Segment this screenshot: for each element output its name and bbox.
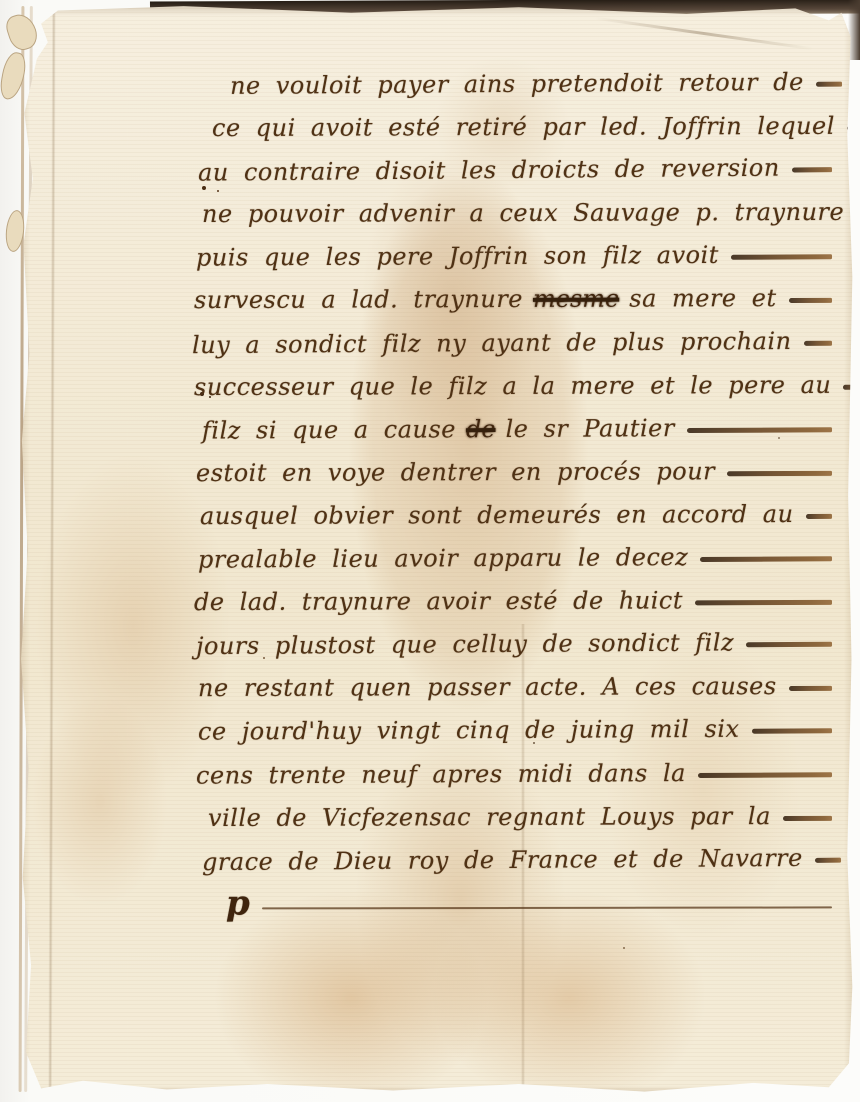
struck-through-word: mesme (533, 285, 619, 313)
corner-fold-crease (595, 17, 813, 51)
line-filler-stroke (698, 772, 832, 778)
line-filler-stroke (806, 514, 832, 519)
manuscript-line: p (176, 880, 834, 924)
handwritten-text: de lad. traynure avoir esté de huict (194, 586, 683, 616)
left-fold-crease (48, 4, 56, 1096)
line-filler-stroke (700, 556, 832, 562)
handwritten-text: luy a sondict filz ny ayant de plus proc… (192, 326, 792, 358)
manuscript-line: ville de Vicfezensac regnant Louys par l… (176, 793, 834, 838)
manuscript-line: ce jourd'huy vingt cinq de juing mil six (176, 707, 834, 754)
manuscript-line: ausquel obvier sont demeurés en accord a… (176, 492, 834, 537)
manuscript-line: ne vouloit payer ains pretendoit retour … (176, 60, 834, 108)
line-filler-stroke (789, 298, 832, 303)
manuscript-text-block: ne vouloit payer ains pretendoit retour … (176, 62, 834, 924)
manuscript-line: jours plustost que celluy de sondict fil… (176, 620, 834, 668)
line-filler-stroke (262, 906, 832, 909)
manuscript-line: cens trente neuf apres midi dans la (176, 750, 834, 797)
handwritten-text: ville de Vicfezensac regnant Louys par l… (208, 801, 771, 831)
line-filler-stroke (687, 427, 832, 433)
manuscript-line: au contraire disoit les droicts de rever… (176, 145, 834, 194)
manuscript-line: estoit en voye dentrer en procés pour (176, 449, 834, 494)
handwritten-text: prealable lieu avoir apparu le decez (198, 543, 688, 574)
manuscript-line: grace de Dieu roy de France et de Navarr… (176, 835, 834, 883)
handwritten-text: filz si que a cause (202, 415, 456, 444)
manuscript-line: ce qui avoit esté retiré par led. Joffri… (176, 104, 834, 149)
handwritten-text: cens trente neuf apres midi dans la (196, 758, 686, 789)
line-filler-stroke (752, 729, 832, 734)
line-filler-stroke (856, 212, 860, 217)
manuscript-paper: ne vouloit payer ains pretendoit retour … (16, 4, 854, 1096)
handwritten-text: ce qui avoit esté retiré par led. Joffri… (212, 111, 835, 141)
handwritten-text: grace de Dieu roy de France et de Navarr… (202, 843, 803, 875)
manuscript-line: de lad. traynure avoir esté de huict (176, 578, 834, 623)
handwritten-text: estoit en voye dentrer en procés pour (196, 457, 715, 487)
line-filler-stroke (727, 471, 832, 476)
handwritten-text: le sr Pautier (505, 413, 674, 442)
scanned-manuscript-page: ne vouloit payer ains pretendoit retour … (0, 0, 860, 1102)
line-filler-stroke (746, 642, 832, 648)
line-filler-stroke (792, 167, 832, 172)
line-filler-stroke (804, 340, 832, 345)
handwritten-text: ne vouloit payer ains pretendoit retour … (230, 67, 804, 99)
handwritten-text: ne restant quen passer acte. A ces cause… (198, 672, 777, 702)
handwritten-text: au contraire disoit les droicts de rever… (198, 153, 780, 186)
line-filler-stroke (843, 384, 860, 389)
manuscript-line: puis que les pere Joffrin son filz avoit (176, 233, 834, 280)
line-filler-stroke (731, 255, 832, 261)
struck-through-word: de (466, 414, 496, 442)
handwritten-text: puis que les pere Joffrin son filz avoit (196, 241, 719, 272)
under-leaf-edge (19, 6, 25, 1092)
line-filler-stroke (816, 82, 842, 87)
manuscript-line: ne restant quen passer acte. A ces cause… (176, 664, 834, 709)
handwritten-text: ce jourd'huy vingt cinq de juing mil six (198, 715, 740, 746)
handwritten-text: ausquel obvier sont demeurés en accord a… (200, 499, 794, 529)
manuscript-line: luy a sondict filz ny ayant de plus proc… (176, 318, 834, 366)
handwritten-text: sa mere et (629, 284, 776, 313)
line-filler-stroke (789, 686, 832, 691)
manuscript-line: ne pouvoir advenir a ceux Sauvage p. tra… (176, 190, 834, 235)
line-filler-stroke (783, 815, 832, 820)
handwritten-text: ne pouvoir advenir a ceux Sauvage p. tra… (202, 198, 844, 228)
manuscript-line: successeur que le filz a la mere et le p… (176, 363, 834, 408)
handwritten-text: successeur que le filz a la mere et le p… (194, 370, 831, 400)
manuscript-line: survescu a lad. traynuremesmesa mere et (176, 276, 834, 321)
handwritten-text: jours plustost que celluy de sondict fil… (196, 628, 734, 660)
line-filler-stroke (847, 126, 860, 131)
line-filler-stroke (815, 857, 841, 862)
manuscript-line: filz si que a causedele sr Pautier (176, 405, 834, 452)
line-filler-stroke (695, 600, 832, 605)
manuscript-line: prealable lieu avoir apparu le decez (176, 534, 834, 581)
handwritten-text: survescu a lad. traynure (194, 285, 523, 314)
torn-corner-fragment (3, 11, 41, 54)
